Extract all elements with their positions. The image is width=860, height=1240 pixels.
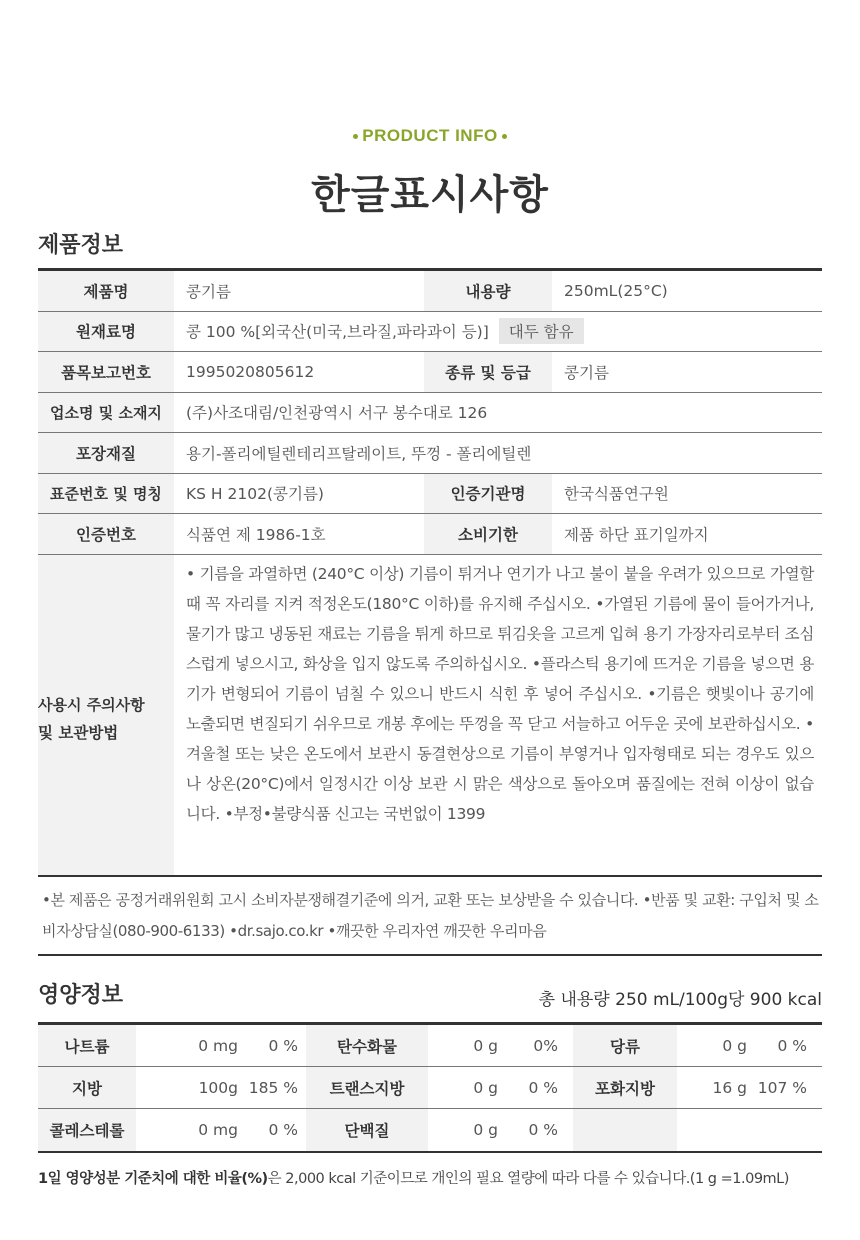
footnote-text: 은 2,000 kcal 기준이므로 개인의 필요 열량에 따라 다를 수 있습… <box>268 1171 789 1187</box>
footnote-bold: 1일 영양성분 기준치에 대한 비율(%) <box>38 1171 268 1187</box>
row-value: 콩 100 %[외국산(미국,브라질,파라과이 등)] 대두 함유 <box>174 312 822 352</box>
nutrient-percent: 0 % <box>498 1079 558 1097</box>
caution-label-line1: 사용시 주의사항 <box>38 691 145 719</box>
nutrient-amount: 0 g <box>428 1121 498 1139</box>
caution-text: • 기름을 과열하면 (240°C 이상) 기름이 튀거나 연기가 나고 불이 … <box>174 555 822 875</box>
nutrient-label: 트랜스지방 <box>306 1067 428 1108</box>
table-row: 포장재질 용기-폴리에틸렌테리프탈레이트, 뚜껑 - 폴리에틸렌 <box>38 433 822 474</box>
row-label: 제품명 <box>38 271 174 311</box>
dot-icon <box>353 134 358 139</box>
row-value: 한국식품연구원 <box>552 474 822 514</box>
row-label: 사용시 주의사항 및 보관방법 <box>38 555 174 875</box>
table-row: 표준번호 및 명칭 KS H 2102(콩기름) 인증기관명 한국식품연구원 <box>38 474 822 515</box>
nutrient-amount: 100g <box>168 1079 238 1097</box>
nutrient-label: 포화지방 <box>573 1067 677 1108</box>
row-label: 인증기관명 <box>424 474 552 514</box>
nutrient-label: 콜레스테롤 <box>38 1109 136 1151</box>
nutrient-value: 0 g0% <box>428 1025 573 1066</box>
row-label: 업소명 및 소재지 <box>38 393 174 433</box>
nutrient-label: 지방 <box>38 1067 136 1108</box>
caution-label-line2: 및 보관방법 <box>38 719 118 747</box>
nutrient-amount: 0 g <box>428 1079 498 1097</box>
total-calories: 총 내용량 250 mL/100g당 900 kcal <box>539 985 822 1010</box>
empty-cell <box>573 1109 677 1151</box>
table-row: 원재료명 콩 100 %[외국산(미국,브라질,파라과이 등)] 대두 함유 <box>38 312 822 353</box>
table-row: 인증번호 식품연 제 1986-1호 소비기한 제품 하단 표기일까지 <box>38 514 822 555</box>
table-row: 업소명 및 소재지 (주)사조대림/인천광역시 서구 봉수대로 126 <box>38 393 822 434</box>
page-title: 한글표시사항 <box>0 163 860 220</box>
nutrition-footnote: 1일 영양성분 기준치에 대한 비율(%)은 2,000 kcal 기준이므로 … <box>38 1167 828 1188</box>
row-label: 인증번호 <box>38 514 174 554</box>
nutrition-table: 나트륨 0 mg0 % 탄수화물 0 g0% 당류 0 g0 % 지방 100g… <box>38 1022 822 1153</box>
nutrient-percent: 0 % <box>238 1037 298 1055</box>
row-label: 포장재질 <box>38 433 174 473</box>
nutrition-title: 영양정보 <box>38 978 123 1009</box>
ingredients-text: 콩 100 %[외국산(미국,브라질,파라과이 등)] <box>186 320 489 342</box>
row-label: 품목보고번호 <box>38 352 174 392</box>
nutrient-amount: 0 mg <box>168 1037 238 1055</box>
nutrient-percent: 0 % <box>747 1037 807 1055</box>
row-value: 용기-폴리에틸렌테리프탈레이트, 뚜껑 - 폴리에틸렌 <box>174 433 822 473</box>
empty-cell <box>677 1109 822 1151</box>
table-row: 지방 100g185 % 트랜스지방 0 g0 % 포화지방 16 g107 % <box>38 1067 822 1109</box>
nutrient-percent: 0 % <box>238 1121 298 1139</box>
nutrient-amount: 16 g <box>677 1079 747 1097</box>
consumer-notice: •본 제품은 공정거래위원회 고시 소비자분쟁해결기준에 의거, 교환 또는 보… <box>38 880 822 956</box>
nutrient-label: 당류 <box>573 1025 677 1066</box>
row-value: 1995020805612 <box>174 352 424 392</box>
product-info-table: 제품명 콩기름 내용량 250mL(25°C) 원재료명 콩 100 %[외국산… <box>38 268 822 877</box>
nutrient-amount: 0 g <box>428 1037 498 1055</box>
nutrient-label: 나트륨 <box>38 1025 136 1066</box>
row-value: 제품 하단 표기일까지 <box>552 514 822 554</box>
nutrient-amount: 0 mg <box>168 1121 238 1139</box>
row-value: 250mL(25°C) <box>552 271 822 311</box>
nutrient-label: 탄수화물 <box>306 1025 428 1066</box>
row-value: 콩기름 <box>552 352 822 392</box>
row-label: 표준번호 및 명칭 <box>38 474 174 514</box>
nutrient-percent: 0% <box>498 1037 558 1055</box>
nutrient-amount: 0 g <box>677 1037 747 1055</box>
nutrient-value: 16 g107 % <box>677 1067 822 1108</box>
table-row: 품목보고번호 1995020805612 종류 및 등급 콩기름 <box>38 352 822 393</box>
nutrient-value: 0 g0 % <box>428 1109 573 1151</box>
nutrient-percent: 185 % <box>238 1079 298 1097</box>
table-row: 나트륨 0 mg0 % 탄수화물 0 g0% 당류 0 g0 % <box>38 1025 822 1067</box>
table-row: 제품명 콩기름 내용량 250mL(25°C) <box>38 271 822 312</box>
row-label: 내용량 <box>424 271 552 311</box>
eyebrow-text: PRODUCT INFO <box>362 126 497 145</box>
nutrient-percent: 107 % <box>747 1079 807 1097</box>
row-label: 종류 및 등급 <box>424 352 552 392</box>
nutrient-value: 0 g0 % <box>428 1067 573 1108</box>
nutrient-value: 0 mg0 % <box>136 1025 306 1066</box>
row-value: 콩기름 <box>174 271 424 311</box>
row-value: KS H 2102(콩기름) <box>174 474 424 514</box>
nutrient-value: 0 mg0 % <box>136 1109 306 1151</box>
dot-icon <box>502 134 507 139</box>
allergen-badge: 대두 함유 <box>499 318 584 344</box>
table-row: 콜레스테롤 0 mg0 % 단백질 0 g0 % <box>38 1109 822 1151</box>
product-info-title: 제품정보 <box>38 228 123 259</box>
row-value: 식품연 제 1986-1호 <box>174 514 424 554</box>
nutrient-value: 100g185 % <box>136 1067 306 1108</box>
nutrient-label: 단백질 <box>306 1109 428 1151</box>
row-label: 원재료명 <box>38 312 174 352</box>
row-label: 소비기한 <box>424 514 552 554</box>
nutrient-percent: 0 % <box>498 1121 558 1139</box>
product-info-eyebrow: PRODUCT INFO <box>0 126 860 146</box>
table-row-caution: 사용시 주의사항 및 보관방법 • 기름을 과열하면 (240°C 이상) 기름… <box>38 555 822 875</box>
row-value: (주)사조대림/인천광역시 서구 봉수대로 126 <box>174 393 822 433</box>
nutrient-value: 0 g0 % <box>677 1025 822 1066</box>
